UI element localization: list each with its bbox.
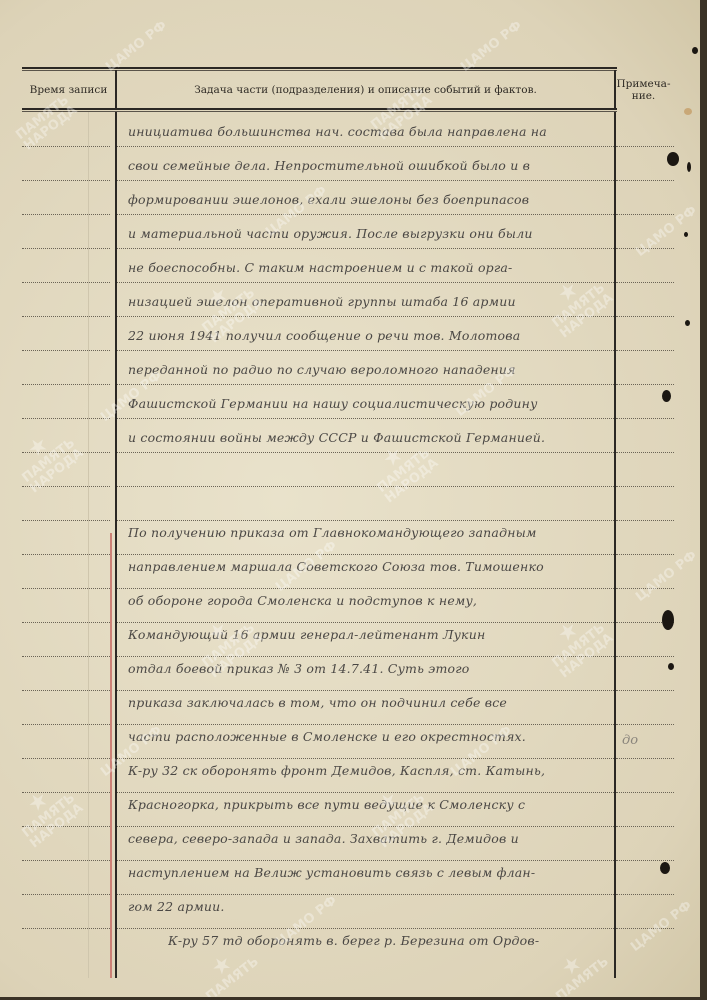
ruled-line [616, 146, 674, 147]
ruled-line [22, 316, 110, 317]
ruled-line [117, 656, 614, 657]
watermark-pamyat: ★ПАМЯТЬНАРОДА [8, 775, 86, 850]
ruled-line [616, 282, 674, 283]
text-line: не боеспособны. С таким настроением и с … [128, 260, 613, 275]
header-bottom-rule-thin [22, 111, 617, 112]
ruled-line [117, 316, 614, 317]
ruled-line [117, 214, 614, 215]
punch-hole [660, 862, 670, 874]
ruled-line [616, 486, 674, 487]
ruled-line [117, 724, 614, 725]
ruled-line [616, 690, 674, 691]
ruled-line [616, 350, 674, 351]
text-line: приказа заключалась в том, что он подчин… [128, 695, 613, 710]
ruled-line [616, 214, 674, 215]
column-divider-notes [614, 112, 616, 978]
text-line: Фашистской Германии на нашу социалистиче… [128, 396, 613, 411]
ruled-line [117, 928, 614, 929]
ruled-line [117, 520, 614, 521]
ruled-line [616, 758, 674, 759]
ruled-line [117, 452, 614, 453]
ruled-line [22, 588, 110, 589]
text-line: части расположенные в Смоленске и его ок… [128, 729, 613, 744]
ruled-line [117, 588, 614, 589]
ruled-line [22, 350, 110, 351]
ruled-line [117, 622, 614, 623]
ruled-line [22, 894, 110, 895]
punch-hole [662, 390, 671, 402]
red-margin-line [110, 533, 112, 978]
text-line: переданной по радио по случаю вероломног… [128, 362, 613, 377]
archive-document-page: Время записи Задача части (подразделения… [0, 0, 700, 997]
ruled-line [22, 282, 110, 283]
ruled-line [22, 622, 110, 623]
text-line: 22 июня 1941 получил сообщение о речи то… [128, 328, 613, 343]
ruled-line [616, 418, 674, 419]
ruled-line [117, 282, 614, 283]
ruled-line [616, 554, 674, 555]
ruled-line [616, 384, 674, 385]
punch-hole-mark [668, 663, 674, 670]
ruled-line [22, 724, 110, 725]
watermark-camo: ЦАМО РФ [459, 19, 525, 74]
watermark-pamyat: ★ПАМЯТЬНАРОДА [8, 420, 86, 495]
column-divider-notes-header [614, 70, 616, 110]
ruled-line [117, 384, 614, 385]
ruled-line [22, 554, 110, 555]
ruled-line [117, 826, 614, 827]
punch-hole [662, 610, 674, 630]
watermark-camo: ЦАМО РФ [634, 549, 700, 604]
ruled-line [117, 860, 614, 861]
margin-note: до [622, 733, 638, 748]
watermark-camo: ЦАМО РФ [634, 204, 700, 259]
ruled-line [616, 826, 674, 827]
punch-hole-mark [692, 47, 698, 54]
ruled-line [22, 860, 110, 861]
watermark-camo: ЦАМО РФ [629, 899, 695, 954]
ruled-line [22, 758, 110, 759]
ruled-line [616, 656, 674, 657]
column-divider-time [115, 112, 117, 978]
text-line: инициатива большинства нач. состава была… [128, 124, 613, 139]
text-line: об обороне города Смоленска и подступов … [128, 593, 613, 608]
ruled-line [22, 690, 110, 691]
faint-column-guide [88, 112, 89, 978]
ruled-line [117, 248, 614, 249]
ruled-line [616, 860, 674, 861]
ruled-line [616, 452, 674, 453]
ruled-line [22, 520, 110, 521]
text-line: свои семейные дела. Непростительной ошиб… [128, 158, 613, 173]
header-task-description: Задача части (подразделения) и описание … [117, 74, 614, 106]
ruled-line [117, 758, 614, 759]
ruled-line [117, 792, 614, 793]
ruled-line [22, 384, 110, 385]
ruled-line [117, 418, 614, 419]
text-line: гом 22 армии. [128, 899, 613, 914]
ruled-line [22, 928, 110, 929]
text-line: севера, северо-запада и запада. Захватит… [128, 831, 613, 846]
column-divider-time-header [115, 70, 117, 110]
ruled-line [117, 350, 614, 351]
ruled-line [616, 894, 674, 895]
header-bottom-rule [22, 108, 617, 110]
ruled-line [22, 180, 110, 181]
text-line: формировании эшелонов, ехали эшелоны без… [128, 192, 613, 207]
text-line: отдал боевой приказ № 3 от 14.7.41. Суть… [128, 661, 613, 676]
watermark-camo: ЦАМО РФ [104, 19, 170, 74]
header-notes: Примеча- ние. [616, 74, 671, 106]
ruled-line [22, 214, 110, 215]
ruled-line [22, 656, 110, 657]
punch-hole-mark [685, 320, 690, 326]
ruled-line [117, 894, 614, 895]
ruled-line [616, 724, 674, 725]
ruled-line [616, 520, 674, 521]
ruled-line [22, 248, 110, 249]
ruled-line [616, 316, 674, 317]
text-line: и материальной части оружия. После выгру… [128, 226, 613, 241]
ruled-line [616, 792, 674, 793]
ruled-line [616, 180, 674, 181]
ruled-line [22, 418, 110, 419]
stain-mark [684, 108, 692, 115]
ruled-line [117, 486, 614, 487]
ruled-line [117, 146, 614, 147]
punch-hole-mark [684, 232, 688, 237]
text-line: По получению приказа от Главнокомандующе… [128, 525, 613, 540]
punch-hole-mark [687, 162, 691, 172]
text-line: направлением маршала Советского Союза то… [128, 559, 613, 574]
ruled-line [117, 690, 614, 691]
ruled-line [117, 180, 614, 181]
punch-hole [667, 152, 679, 166]
text-line: К-ру 32 ск оборонять фронт Демидов, Касп… [128, 763, 613, 778]
ruled-line [117, 554, 614, 555]
text-line: и состоянии войны между СССР и Фашистско… [128, 430, 613, 445]
text-line: наступлением на Велиж установить связь с… [128, 865, 613, 880]
